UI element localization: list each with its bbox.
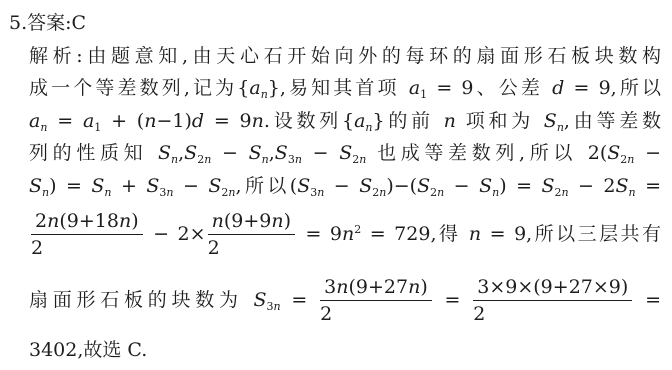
fraction: n(9+9n)2 — [208, 210, 295, 260]
fraction-numerator: 3n(9+27n) — [320, 276, 432, 301]
fraction-denominator: 2 — [208, 235, 295, 259]
analysis-line-6-fractions: 2n(9+18n)2 − 2×n(9+9n)2 = 9n2 = 729,得 n … — [29, 202, 661, 268]
fraction-numerator: 2n(9+18n) — [31, 210, 143, 235]
analysis-line-3: an = a1 + (n−1)d = 9n.设数列{an}的前 n 项和为 Sn… — [29, 105, 661, 138]
analysis-line-7-fractions: 扇面形石板的块数为 S3n = 3n(9+27n)2 = 3×9×(9+27×9… — [29, 268, 661, 334]
analysis-line-2: 成一个等差数列,记为{an},易知其首项 a1 = 9、公差 d = 9,所以 — [29, 72, 661, 105]
answer-line: 5.答案:C — [9, 7, 661, 40]
solution-page: 5.答案:C 解析:由题意知,由天心石开始向外的每环的扇面形石板块数构 成一个等… — [0, 0, 672, 370]
fraction: 2n(9+18n)2 — [31, 210, 143, 260]
analysis-line-1: 解析:由题意知,由天心石开始向外的每环的扇面形石板块数构 — [29, 40, 661, 73]
fraction: 3×9×(9+27×9)2 — [473, 276, 632, 326]
analysis-line-4: 列的性质知 Sn,S2n − Sn,S3n − S2n 也成等差数列,所以 2(… — [29, 137, 661, 170]
fraction-denominator: 2 — [31, 235, 143, 259]
fraction-numerator: 3×9×(9+27×9) — [473, 276, 632, 301]
analysis-line-5: Sn) = Sn + S3n − S2n,所以(S3n − S2n)−(S2n … — [29, 170, 661, 203]
fraction-numerator: n(9+9n) — [208, 210, 295, 235]
fraction-denominator: 2 — [473, 301, 632, 325]
conclusion-line: 3402,故选 C. — [29, 334, 661, 367]
fraction: 3n(9+27n)2 — [320, 276, 432, 326]
fraction-denominator: 2 — [320, 301, 432, 325]
